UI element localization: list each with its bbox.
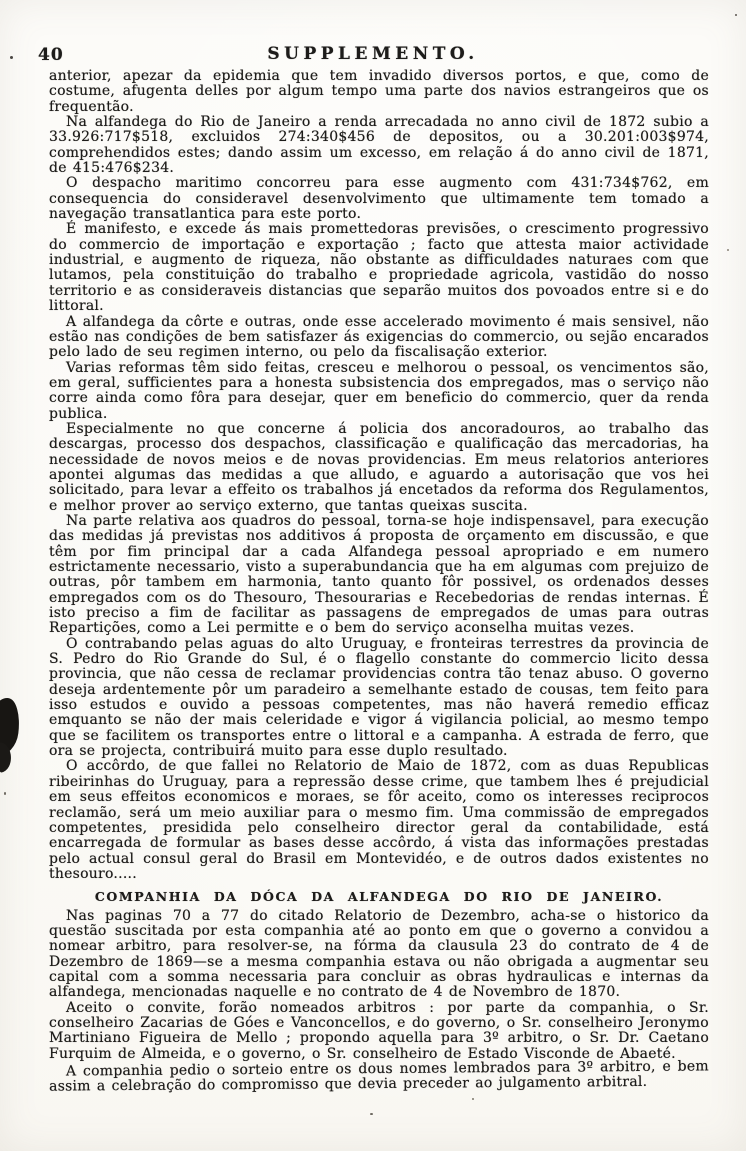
body-paragraph: Na parte relativa aos quadros do pessoal…: [49, 514, 709, 637]
document-page: 40 SUPPLEMENTO. anterior, apezar da epid…: [0, 0, 746, 1151]
scan-speck: [370, 1113, 373, 1115]
scan-speck: [735, 14, 737, 16]
section-paragraph: Nas paginas 70 a 77 do citado Relatorio …: [49, 909, 709, 1001]
scan-speck: [10, 56, 13, 59]
body-paragraph: Varias reformas têm sido feitas, cresceu…: [49, 361, 709, 422]
body-paragraph: A alfandega da côrte e outras, onde esse…: [49, 315, 709, 361]
body-text: anterior, apezar da epidemia que tem inv…: [49, 69, 709, 1093]
body-paragraph: O despacho maritimo concorreu para esse …: [49, 176, 709, 222]
body-paragraph: anterior, apezar da epidemia que tem inv…: [49, 69, 709, 115]
section-heading: COMPANHIA DA DÓCA DA ALFANDEGA DO RIO DE…: [49, 889, 709, 904]
page-number: 40: [38, 45, 64, 65]
journal-title: SUPPLEMENTO.: [267, 44, 478, 64]
page-header: 40 SUPPLEMENTO.: [0, 44, 746, 64]
scan-speck: [472, 1098, 474, 1100]
section-paragraph: Aceito o convite, forão nomeados arbitro…: [49, 1001, 709, 1062]
body-paragraph: O contrabando pelas aguas do alto Urugua…: [49, 637, 709, 760]
scan-speck: [4, 792, 6, 795]
body-paragraph: É manifesto, e excede ás mais promettedo…: [49, 222, 709, 314]
section-paragraph: A companhia pedio o sorteio entre os dou…: [49, 1059, 709, 1095]
body-paragraph: Especialmente no que concerne á policia …: [49, 422, 709, 514]
body-paragraph: Na alfandega do Rio de Janeiro a renda a…: [49, 115, 709, 176]
scan-speck: [727, 249, 729, 251]
body-paragraph: O accôrdo, de que fallei no Relatorio de…: [49, 759, 709, 882]
